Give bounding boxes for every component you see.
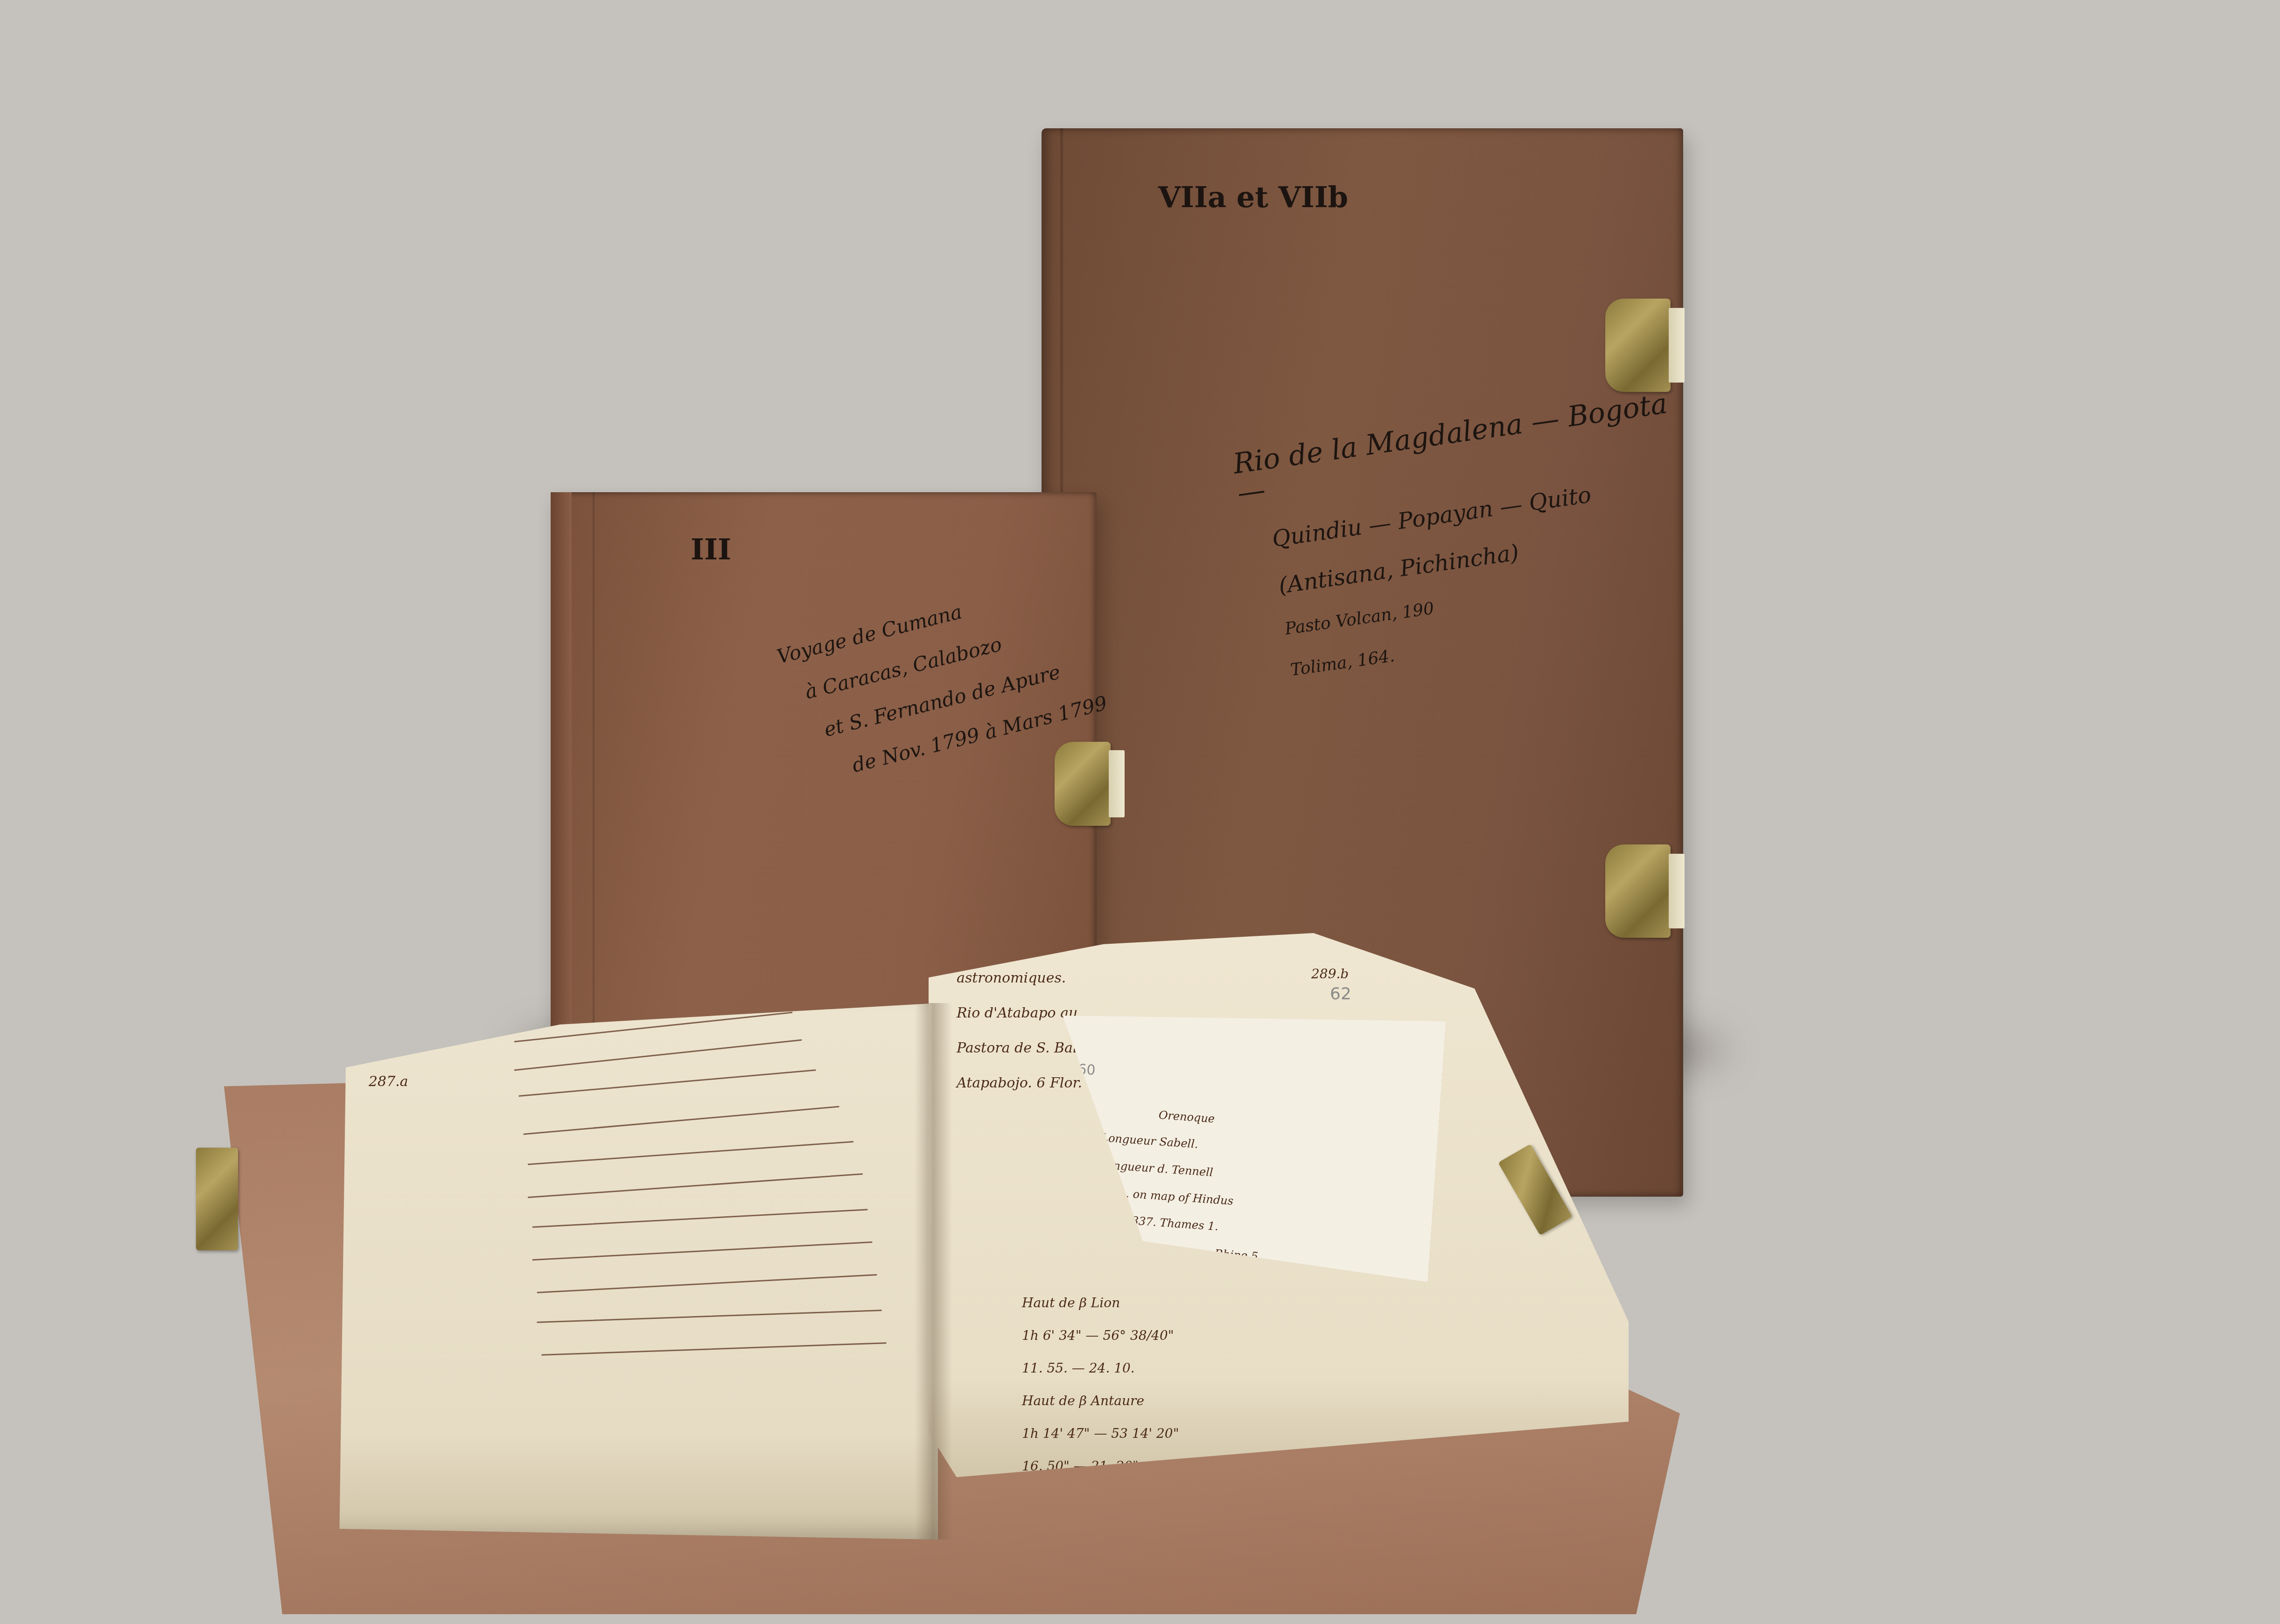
note-line: Longueur d. Tennell	[1098, 1158, 1301, 1185]
clasp-strap	[1669, 854, 1685, 928]
measurement-line: 11. 55. — 24. 10.	[1022, 1360, 1179, 1376]
photo-scene: VIIa et VIIb Rio de la Magdalena — Bogot…	[0, 0, 2280, 1624]
clasp-strap	[1669, 308, 1685, 383]
left-page: 287.a	[308, 1003, 938, 1540]
measurement-line: Haut de β Lion	[1022, 1295, 1179, 1311]
measurement-line: Haut de β Antaure	[1022, 1393, 1179, 1409]
measurement-line: 1h 14' 47" — 53 14' 20"	[1022, 1425, 1179, 1442]
spine	[551, 492, 572, 1052]
pencil-folio: 62	[1330, 984, 1351, 1004]
handwriting-block	[509, 1059, 919, 1117]
volume-label: VIIa et VIIb	[1158, 182, 1348, 212]
brass-clasp	[196, 1148, 238, 1250]
brass-clasp	[1605, 844, 1671, 938]
heading-line: astronomiques.	[957, 969, 1113, 987]
cover-title: Rio de la Magdalena — Bogota — Quindiu —…	[1228, 363, 1718, 706]
spine-groove	[593, 492, 594, 1052]
book-gutter	[915, 1003, 952, 1540]
brass-clasp	[1605, 299, 1671, 392]
page-number: 289.b	[1311, 966, 1349, 982]
clasp-strap	[1109, 750, 1125, 817]
note-line: Longueur Sabell.	[1100, 1131, 1303, 1159]
brass-clasp	[1055, 742, 1111, 826]
page-number: 287.a	[369, 1073, 408, 1091]
volume-label: III	[691, 534, 731, 565]
note-line: Orenoque	[1102, 1104, 1305, 1132]
measurement-line: 1h 6' 34" — 56° 38/40"	[1022, 1327, 1179, 1344]
